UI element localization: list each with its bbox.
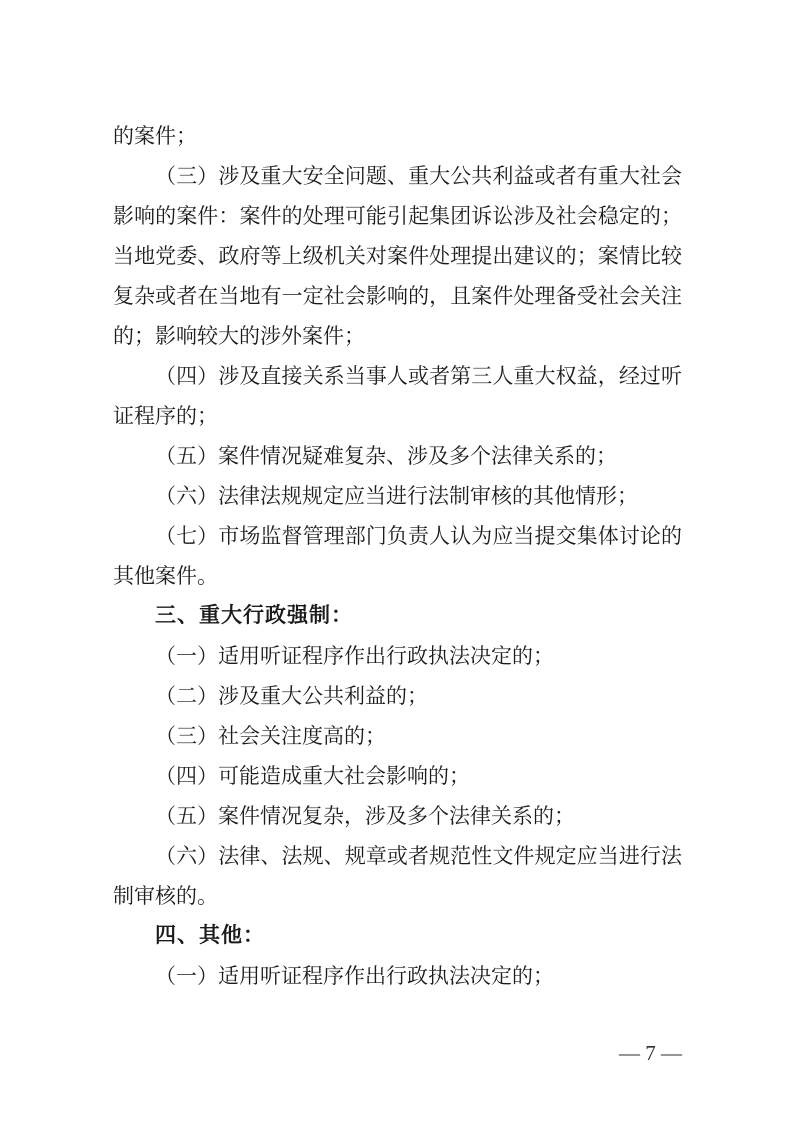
document-page: 的案件；（三）涉及重大安全问题、重大公共利益或者有重大社会影响的案件：案件的处理…	[0, 0, 793, 1122]
section-heading: 三、重大行政强制：	[113, 596, 682, 636]
paragraph: （七）市场监督管理部门负责人认为应当提交集体讨论的其他案件。	[113, 516, 682, 596]
paragraph: （一）适用听证程序作出行政执法决定的；	[113, 636, 682, 676]
paragraph: （六）法律法规规定应当进行法制审核的其他情形；	[113, 476, 682, 516]
section-heading: 四、其他：	[113, 916, 682, 956]
paragraph: （五）案件情况疑难复杂、涉及多个法律关系的；	[113, 436, 682, 476]
paragraph: （六）法律、法规、规章或者规范性文件规定应当进行法制审核的。	[113, 836, 682, 916]
paragraph: （二）涉及重大公共利益的；	[113, 676, 682, 716]
paragraph: （三）社会关注度高的；	[113, 716, 682, 756]
document-body: 的案件；（三）涉及重大安全问题、重大公共利益或者有重大社会影响的案件：案件的处理…	[113, 116, 682, 996]
page-number: — 7 —	[113, 1038, 682, 1068]
paragraph: 的案件；	[113, 116, 682, 156]
paragraph: （三）涉及重大安全问题、重大公共利益或者有重大社会影响的案件：案件的处理可能引起…	[113, 156, 682, 356]
paragraph: （五）案件情况复杂，涉及多个法律关系的；	[113, 796, 682, 836]
paragraph: （一）适用听证程序作出行政执法决定的；	[113, 956, 682, 996]
paragraph: （四）可能造成重大社会影响的；	[113, 756, 682, 796]
paragraph: （四）涉及直接关系当事人或者第三人重大权益，经过听证程序的；	[113, 356, 682, 436]
